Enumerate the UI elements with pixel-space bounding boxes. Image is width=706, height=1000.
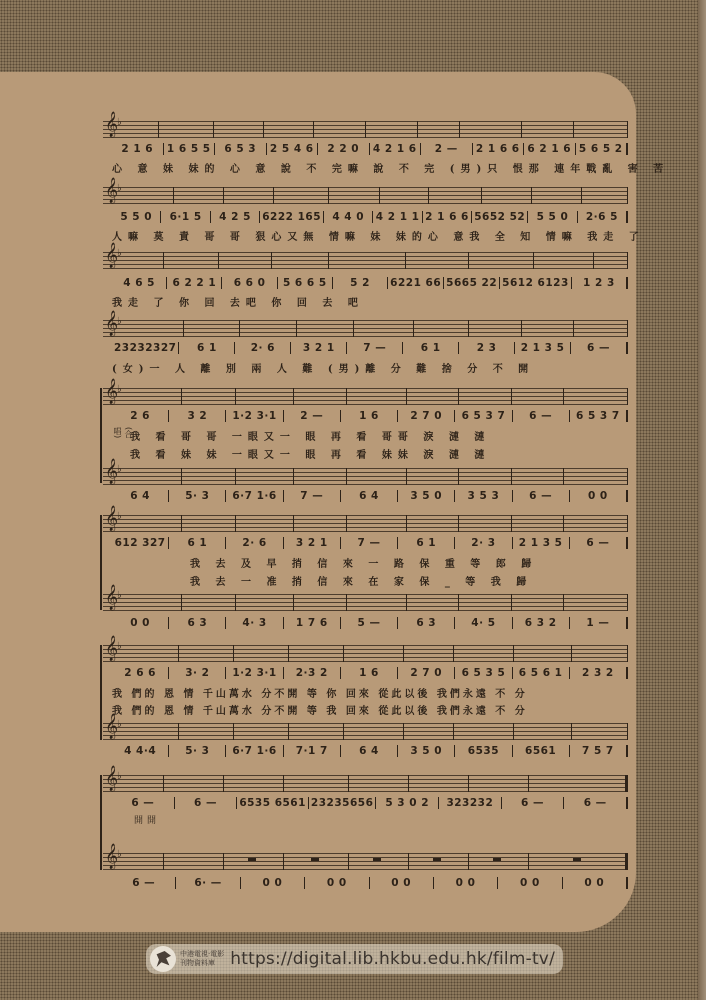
lyrics-line: 心 意 妹 妹的 心 意 說 不 完嘛 說 不 完 (男)只 恨那 連年戰亂 害…	[112, 160, 628, 175]
lyrics-line-1: 我 們的 恩 情 千山萬水 分不開 等 你 回來 從此以後 我們永遠 不 分	[112, 685, 628, 700]
system-brace	[100, 388, 102, 483]
flat-icon: ♭	[117, 641, 122, 652]
staff: 𝄞 ♭	[103, 252, 628, 268]
flat-icon: ♭	[117, 590, 122, 601]
upper-jianpu-row: 2 6 3 2 1·2 3·1 2 — 1 6 2 7 0 6 5 3 7 6 …	[112, 410, 628, 422]
jianpu-row: 5 5 0 6·1 5 4 2 5 6222 165 4 4 0 4 2 1 1…	[112, 211, 628, 223]
lower-jianpu-row: 4 4·4 5· 3 6·7 1·6 7·1 7 6 4 3 5 0 6535 …	[112, 745, 628, 757]
final-lyric: 開 開	[131, 815, 157, 826]
upper-jianpu-row: 6 — 6 — 6535 6561 23235656 5 3 0 2 32323…	[112, 797, 628, 809]
flat-icon: ♭	[117, 248, 122, 259]
lower-staff: 𝄞 ♭	[103, 723, 628, 739]
upper-staff: 𝄞 ♭	[103, 645, 628, 661]
lyrics-line-2: 我 看 妹 妹 一眼又一 眼 再 看 妹妹 淚 漣 漣	[130, 446, 646, 461]
upper-staff: 𝄞 ♭	[103, 775, 628, 791]
system-brace	[100, 515, 102, 610]
flat-icon: ♭	[117, 384, 122, 395]
lyrics-line-1: 我 看 哥 哥 一眼又一 眼 再 看 哥哥 淚 漣 漣	[130, 428, 646, 443]
lyrics-line: 我走 了 你 回 去吧 你 回 去 吧	[112, 294, 628, 309]
staff: 𝄞 ♭	[103, 320, 628, 336]
lyrics-line-2: 我 去 一 准 捎 信 來 在 家 保 _ 等 我 歸	[190, 573, 706, 588]
upper-jianpu-row: 612 327 6 1 2· 6 3 2 1 7 — 6 1 2· 3 2 1 …	[112, 537, 628, 549]
jianpu-row: 2 1 6 1 6 5 5 6 5 3 2 5 4 6 2 2 0 4 2 1 …	[112, 143, 628, 155]
flat-icon: ♭	[117, 464, 122, 475]
archive-watermark: 中港電視·電影 刊物資料庫 https://digital.lib.hkbu.e…	[146, 944, 563, 974]
lower-staff: 𝄞 ♭	[103, 594, 628, 610]
lyrics-line: 人嘛 莫 責 哥 哥 狠心又無 情嘛 妹 妹的心 意我 全 知 情嘛 我走 了	[112, 228, 628, 243]
upper-jianpu-row: 2 6 6 3· 2 1·2 3·1 2·3 2 1 6 2 7 0 6 5 3…	[112, 667, 628, 679]
flat-icon: ♭	[117, 117, 122, 128]
flat-icon: ♭	[117, 771, 122, 782]
lower-jianpu-row: 6 4 5· 3 6·7 1·6 7 — 6 4 3 5 0 3 5 3 6 —…	[112, 490, 628, 502]
lower-jianpu-row: 0 0 6 3 4· 3 1 7 6 5 — 6 3 4· 5 6 3 2 1 …	[112, 617, 628, 629]
page-edge	[698, 0, 706, 1000]
flat-icon: ♭	[117, 316, 122, 327]
jianpu-row: 23232327 6 1 2· 6 3 2 1 7 — 6 1 2 3 2 1 …	[112, 342, 628, 354]
lower-staff: 𝄞 ♭	[103, 853, 628, 869]
lyrics-line: (女)一 人 離 別 兩 人 難 (男)離 分 難 捨 分 不 開	[112, 360, 628, 375]
staff: 𝄞 ♭	[103, 121, 628, 137]
flat-icon: ♭	[117, 849, 122, 860]
archive-name: 中港電視·電影 刊物資料庫	[180, 950, 224, 968]
lower-staff: 𝄞 ♭	[103, 468, 628, 484]
lyrics-line-1: 我 去 及 早 捎 信 來 一 路 保 重 等 郎 歸	[190, 555, 706, 570]
flat-icon: ♭	[117, 183, 122, 194]
flat-icon: ♭	[117, 511, 122, 522]
system-brace	[100, 645, 102, 740]
staff: 𝄞 ♭	[103, 187, 628, 203]
upper-staff: 𝄞 ♭	[103, 388, 628, 404]
lyrics-line-2: 我 們的 恩 情 千山萬水 分不開 等 我 回來 從此以後 我們永遠 不 分	[112, 702, 628, 717]
archive-url-link[interactable]: https://digital.lib.hkbu.edu.hk/film-tv/	[230, 949, 555, 969]
jianpu-row: 4 6 5 6 2 2 1 6 6 0 5 6 6 5 5 2 6221 66 …	[112, 277, 628, 289]
upper-staff: 𝄞 ♭	[103, 515, 628, 531]
lower-jianpu-row: 6 — 6· — 0 0 0 0 0 0 0 0 0 0 0 0	[112, 877, 628, 889]
archive-logo-icon	[150, 946, 176, 972]
flat-icon: ♭	[117, 719, 122, 730]
system-brace	[100, 775, 102, 870]
